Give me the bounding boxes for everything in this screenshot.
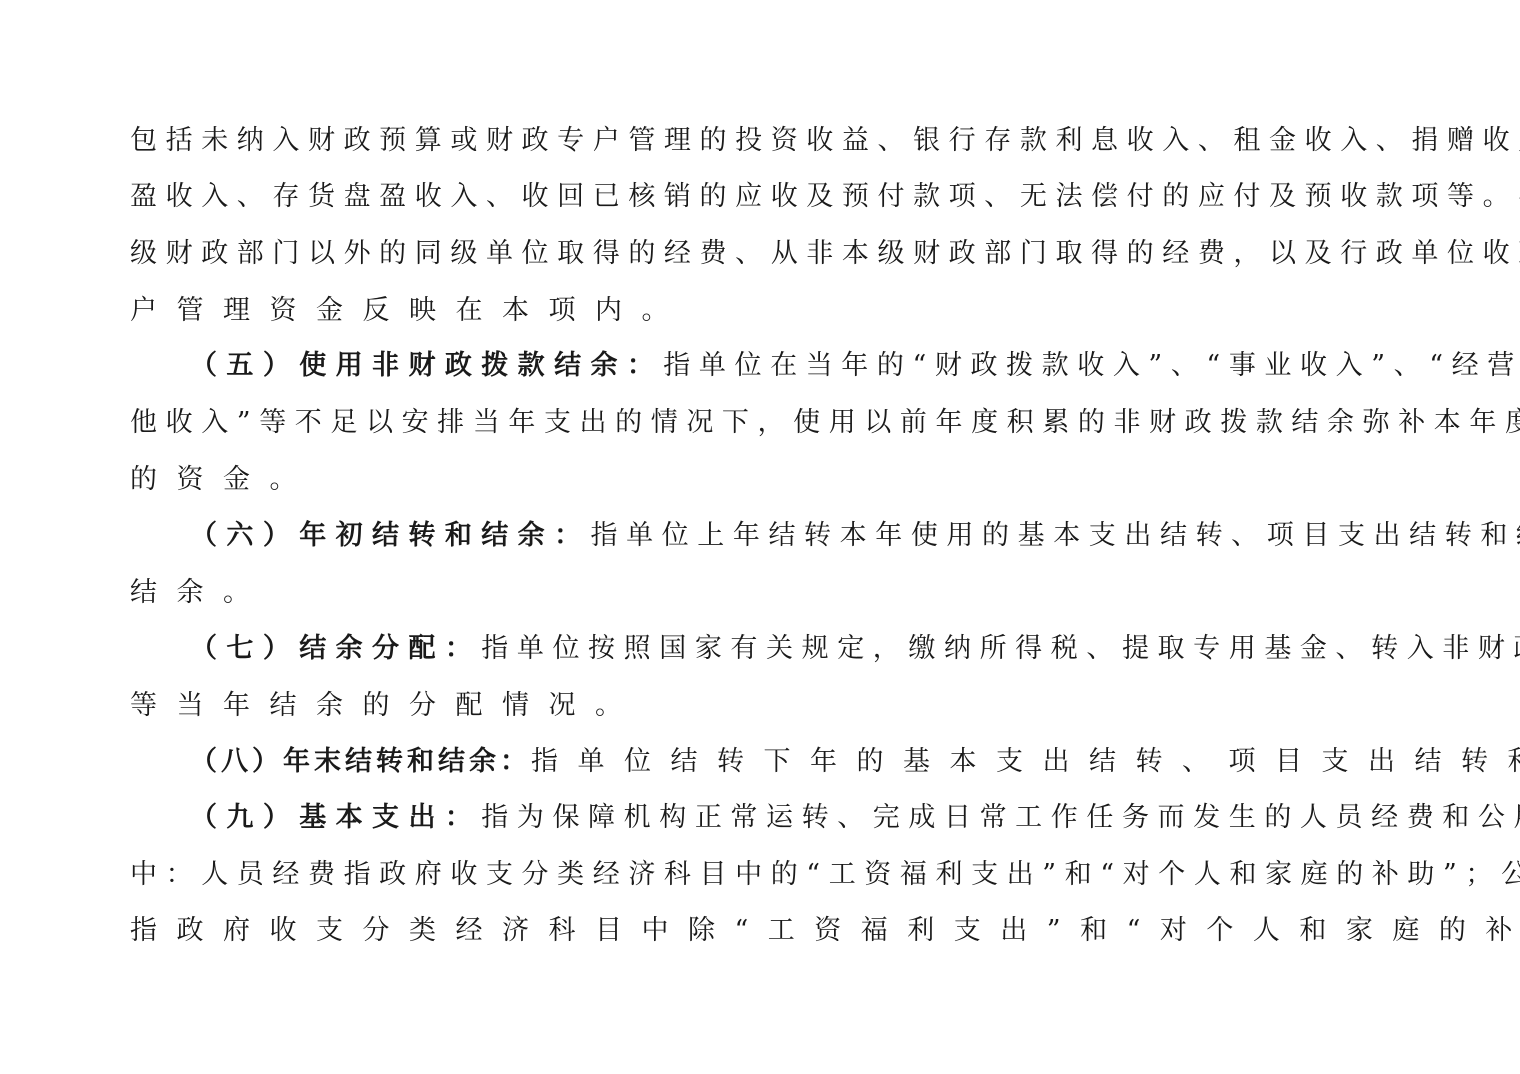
paragraph-line: 指政府收支分类经济科目中除“工资福利支出”和“对个人和家庭的补助”外的其他支出。: [130, 911, 1392, 951]
paragraph-line: （ 五 ） 使 用 非 财 政 拨 款 结 余 ： 指 单 位 在 当 年 的 …: [190, 346, 1392, 386]
section-heading-7: （ 七 ） 结 余 分 配 ：: [190, 633, 481, 664]
body-text: 户管理资金反映在本项内。: [130, 295, 688, 326]
body-text: 他 收 入 ” 等 不 足 以 安 排 当 年 支 出 的 情 况 下 ， 使 …: [130, 407, 1520, 438]
paragraph-line: 结余。: [130, 573, 1392, 613]
paragraph-line: （ 九 ） 基 本 支 出 ： 指 为 保 障 机 构 正 常 运 转 、 完 …: [190, 798, 1392, 838]
body-text: 级 财 政 部 门 以 外 的 同 级 单 位 取 得 的 经 费 、 从 非 …: [130, 238, 1520, 269]
paragraph-line: 他 收 入 ” 等 不 足 以 安 排 当 年 支 出 的 情 况 下 ， 使 …: [130, 403, 1392, 443]
paragraph-line: （ 七 ） 结 余 分 配 ： 指 单 位 按 照 国 家 有 关 规 定 ， …: [190, 629, 1392, 669]
paragraph-line: 中 ： 人 员 经 费 指 政 府 收 支 分 类 经 济 科 目 中 的 “ …: [130, 855, 1392, 895]
section-heading-5: （ 五 ） 使 用 非 财 政 拨 款 结 余 ：: [190, 350, 663, 381]
body-text: 指政府收支分类经济科目中除“工资福利支出”和“对个人和家庭的补助”外的其他支出。: [130, 915, 1520, 946]
body-text: 指单位结转下年的基本支出结转、项目支出结转和结余、经营结余。: [531, 746, 1520, 777]
section-heading-9: （ 九 ） 基 本 支 出 ：: [190, 802, 481, 833]
paragraph-line: 包 括 未 纳 入 财 政 预 算 或 财 政 专 户 管 理 的 投 资 收 …: [130, 121, 1392, 161]
body-text: 指 单 位 在 当 年 的 “ 财 政 拨 款 收 入 ” 、 “ 事 业 收 …: [663, 350, 1520, 381]
document-page: 包 括 未 纳 入 财 政 预 算 或 财 政 专 户 管 理 的 投 资 收 …: [0, 0, 1520, 1074]
paragraph-line: 户管理资金反映在本项内。: [130, 291, 1392, 331]
body-text: 结余。: [130, 577, 270, 608]
paragraph-line: （八）年末结转和结余：指单位结转下年的基本支出结转、项目支出结转和结余、经营结余…: [190, 742, 1392, 782]
paragraph-line: 等当年结余的分配情况。: [130, 686, 1392, 726]
body-text: 指 单 位 上 年 结 转 本 年 使 用 的 基 本 支 出 结 转 、 项 …: [590, 520, 1520, 551]
section-heading-6: （ 六 ） 年 初 结 转 和 结 余 ：: [190, 520, 590, 551]
paragraph-line: （ 六 ） 年 初 结 转 和 结 余 ： 指 单 位 上 年 结 转 本 年 …: [190, 516, 1392, 556]
paragraph-line: 级 财 政 部 门 以 外 的 同 级 单 位 取 得 的 经 费 、 从 非 …: [130, 234, 1392, 274]
paragraph-line: 的资金。: [130, 460, 1392, 500]
body-text: 盈 收 入 、 存 货 盘 盈 收 入 、 收 回 已 核 销 的 应 收 及 …: [130, 181, 1520, 212]
body-text: 包 括 未 纳 入 财 政 预 算 或 财 政 专 户 管 理 的 投 资 收 …: [130, 125, 1520, 156]
body-text: 等当年结余的分配情况。: [130, 690, 642, 721]
paragraph-line: 盈 收 入 、 存 货 盘 盈 收 入 、 收 回 已 核 销 的 应 收 及 …: [130, 177, 1392, 217]
section-heading-8: （八）年末结转和结余：: [190, 746, 531, 777]
body-text: 中 ： 人 员 经 费 指 政 府 收 支 分 类 经 济 科 目 中 的 “ …: [130, 859, 1520, 890]
body-text: 指 为 保 障 机 构 正 常 运 转 、 完 成 日 常 工 作 任 务 而 …: [481, 802, 1520, 833]
body-text: 指 单 位 按 照 国 家 有 关 规 定 ， 缴 纳 所 得 税 、 提 取 …: [481, 633, 1520, 664]
body-text: 的资金。: [130, 464, 316, 495]
